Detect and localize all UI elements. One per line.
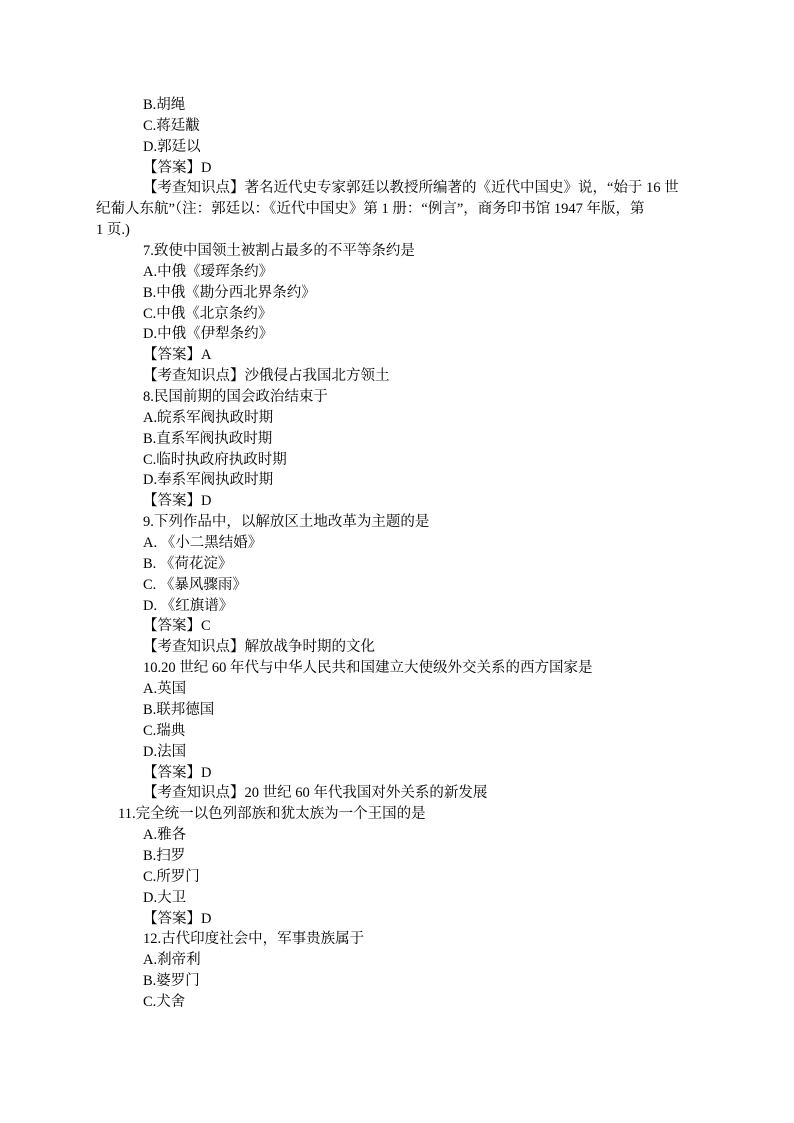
option-line: D.奉系军阀执政时期: [96, 470, 698, 491]
option-line: D.郭廷以: [96, 137, 698, 158]
answer-line: 【答案】D: [96, 909, 698, 930]
option-line: B.胡绳: [96, 95, 698, 116]
knowledge-point-line: 【考查知识点】著名近代史专家郭廷以教授所编著的《近代中国史》说，“始于 16 世: [96, 178, 698, 199]
option-line: C.瑞典: [96, 721, 698, 742]
option-line: B. 《荷花淀》: [96, 554, 698, 575]
knowledge-point-line: 【考查知识点】沙俄侵占我国北方领土: [96, 366, 698, 387]
option-line: D.法国: [96, 742, 698, 763]
option-line: C.所罗门: [96, 867, 698, 888]
question-line: 9.下列作品中，以解放区土地改革为主题的是: [96, 512, 698, 533]
question-line: 7.致使中国领土被割占最多的不平等条约是: [96, 241, 698, 262]
continuation-line: 纪葡人东航”（注：郭廷以：《近代中国史》第 1 册：“例言”，商务印书馆 194…: [96, 199, 698, 220]
answer-line: 【答案】D: [96, 158, 698, 179]
answer-line: 【答案】C: [96, 616, 698, 637]
option-line: B.中俄《勘分西北界条约》: [96, 283, 698, 304]
option-line: A.皖系军阀执政时期: [96, 408, 698, 429]
question-line: 10.20 世纪 60 年代与中华人民共和国建立大使级外交关系的西方国家是: [96, 658, 698, 679]
option-line: A.中俄《瑷珲条约》: [96, 262, 698, 283]
option-line: A. 《小二黑结婚》: [96, 533, 698, 554]
option-line: D. 《红旗谱》: [96, 596, 698, 617]
answer-line: 【答案】A: [96, 345, 698, 366]
option-line: C.临时执政府执政时期: [96, 450, 698, 471]
option-line: C.蒋廷黻: [96, 116, 698, 137]
option-line: C.中俄《北京条约》: [96, 304, 698, 325]
question-line: 12.古代印度社会中，军事贵族属于: [96, 929, 698, 950]
option-line: D.中俄《伊犁条约》: [96, 324, 698, 345]
knowledge-point-line: 【考查知识点】解放战争时期的文化: [96, 637, 698, 658]
option-line: B.直系军阀执政时期: [96, 429, 698, 450]
question-line: 11.完全统一以色列部族和犹太族为一个王国的是: [96, 804, 698, 825]
answer-line: 【答案】D: [96, 763, 698, 784]
continuation-line: 1 页.): [96, 220, 698, 241]
option-line: A.英国: [96, 679, 698, 700]
option-line: B.婆罗门: [96, 971, 698, 992]
option-line: C. 《暴风骤雨》: [96, 575, 698, 596]
answer-line: 【答案】D: [96, 491, 698, 512]
option-line: D.大卫: [96, 888, 698, 909]
option-line: B.联邦德国: [96, 700, 698, 721]
document-body: B.胡绳C.蒋廷黻D.郭廷以【答案】D【考查知识点】著名近代史专家郭廷以教授所编…: [96, 95, 698, 1013]
option-line: A.刹帝利: [96, 950, 698, 971]
question-line: 8.民国前期的国会政治结束于: [96, 387, 698, 408]
knowledge-point-line: 【考查知识点】20 世纪 60 年代我国对外关系的新发展: [96, 783, 698, 804]
option-line: C.犬舍: [96, 992, 698, 1013]
option-line: B.扫罗: [96, 846, 698, 867]
option-line: A.雅各: [96, 825, 698, 846]
exam-document-page: B.胡绳C.蒋廷黻D.郭廷以【答案】D【考查知识点】著名近代史专家郭廷以教授所编…: [0, 0, 794, 1123]
